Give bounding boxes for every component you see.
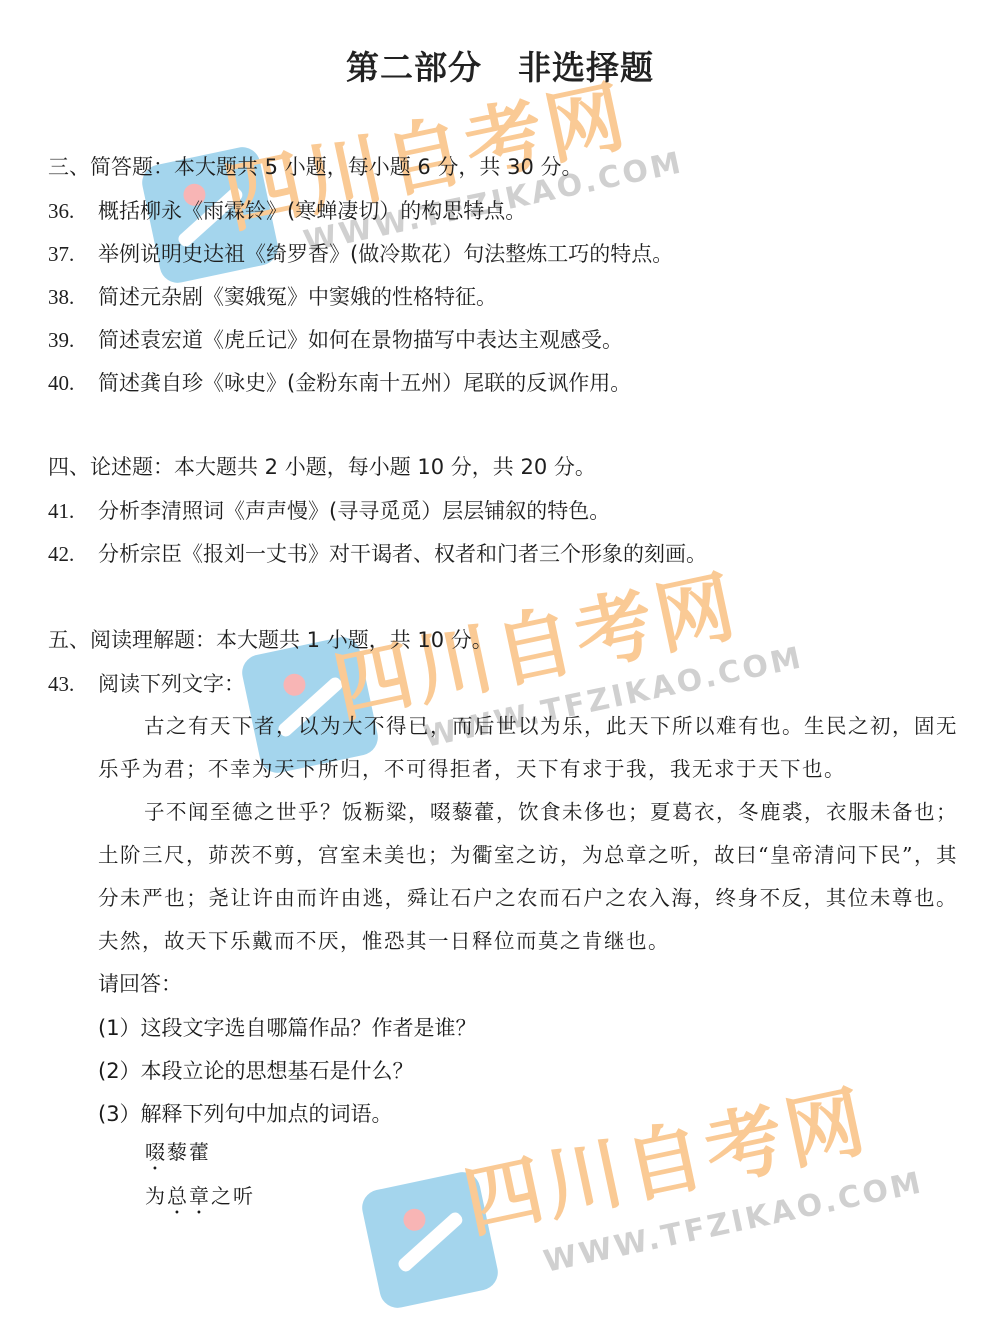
exam-page: 四川自考网 WWW.TFZIKAO.COM 四川自考网 WWW.TFZIKAO.… — [0, 0, 1000, 1338]
term-1: 啜藜藿 — [145, 1136, 211, 1175]
question-text: 阅读下列文字： — [98, 672, 245, 696]
question-text: 分析宗臣《报刘一丈书》对干谒者、权者和门者三个形象的刻画。 — [98, 542, 707, 566]
question-number: 37. — [48, 240, 98, 268]
subquestion-1: (1）这段文字选自哪篇作品？作者是谁？ — [98, 1012, 477, 1042]
term-pre: 为 — [145, 1184, 167, 1208]
term-2: 为总章之听 — [145, 1180, 255, 1219]
question-36: 36.概括柳永《雨霖铃》(寒蝉凄切）的构思特点。 — [48, 197, 526, 225]
question-43: 43.阅读下列文字： — [48, 670, 245, 698]
reading-passage: 古之有天下者，以为大不得已，而后世以为乐，此天下所以难有也。生民之初，固无乐乎为… — [98, 705, 958, 963]
watermark-brand: 四川自考网 — [453, 1059, 877, 1254]
answer-prompt: 请回答： — [98, 968, 182, 998]
question-42: 42.分析宗臣《报刘一丈书》对干谒者、权者和门者三个形象的刻画。 — [48, 540, 707, 568]
question-37: 37.举例说明史达祖《绮罗香》(做冷欺花）句法整炼工巧的特点。 — [48, 240, 673, 268]
question-38: 38.简述元杂剧《窦娥冤》中窦娥的性格特征。 — [48, 283, 497, 311]
subquestion-2: (2）本段立论的思想基石是什么？ — [98, 1055, 414, 1085]
question-text: 简述龚自珍《咏史》(金粉东南十五州）尾联的反讽作用。 — [98, 371, 631, 395]
question-41: 41.分析李清照词《声声慢》(寻寻觅觅）层层铺叙的特色。 — [48, 497, 610, 525]
question-text: 简述元杂剧《窦娥冤》中窦娥的性格特征。 — [98, 285, 497, 309]
section-heading-essay: 四、论述题：本大题共 2 小题，每小题 10 分，共 20 分。 — [48, 453, 596, 481]
question-number: 41. — [48, 497, 98, 525]
section-heading-reading: 五、阅读理解题：本大题共 1 小题，共 10 分。 — [48, 626, 493, 654]
watermark-url: WWW.TFZIKAO.COM — [541, 1165, 927, 1280]
term-dotted: 啜 — [145, 1140, 167, 1164]
question-number: 38. — [48, 283, 98, 311]
question-text: 简述袁宏道《虎丘记》如何在景物描写中表达主观感受。 — [98, 328, 623, 352]
subquestion-3: (3）解释下列句中加点的词语。 — [98, 1098, 393, 1128]
question-40: 40.简述龚自珍《咏史》(金粉东南十五州）尾联的反讽作用。 — [48, 369, 631, 397]
question-39: 39.简述袁宏道《虎丘记》如何在景物描写中表达主观感受。 — [48, 326, 623, 354]
term-dotted: 总章 — [167, 1184, 211, 1208]
question-number: 39. — [48, 326, 98, 354]
passage-paragraph-1: 古之有天下者，以为大不得已，而后世以为乐，此天下所以难有也。生民之初，固无乐乎为… — [98, 705, 958, 791]
section-heading-short-answer: 三、简答题：本大题共 5 小题，每小题 6 分，共 30 分。 — [48, 153, 583, 181]
question-text: 举例说明史达祖《绮罗香》(做冷欺花）句法整炼工巧的特点。 — [98, 242, 673, 266]
question-text: 分析李清照词《声声慢》(寻寻觅觅）层层铺叙的特色。 — [98, 499, 610, 523]
question-number: 40. — [48, 369, 98, 397]
page-title: 第二部分非选择题 — [0, 42, 1000, 89]
question-number: 42. — [48, 540, 98, 568]
title-part: 第二部分 — [346, 48, 482, 87]
watermark-logo-icon — [359, 1169, 501, 1311]
question-text: 概括柳永《雨霖铃》(寒蝉凄切）的构思特点。 — [98, 199, 526, 223]
title-name: 非选择题 — [518, 48, 654, 87]
question-number: 36. — [48, 197, 98, 225]
term-post: 藜藿 — [167, 1140, 211, 1164]
passage-paragraph-2: 子不闻至德之世乎？饭粝粱，啜藜藿，饮食未侈也；夏葛衣，冬鹿裘，衣服未备也；土阶三… — [98, 791, 958, 963]
question-number: 43. — [48, 670, 98, 698]
term-post: 之听 — [211, 1184, 255, 1208]
